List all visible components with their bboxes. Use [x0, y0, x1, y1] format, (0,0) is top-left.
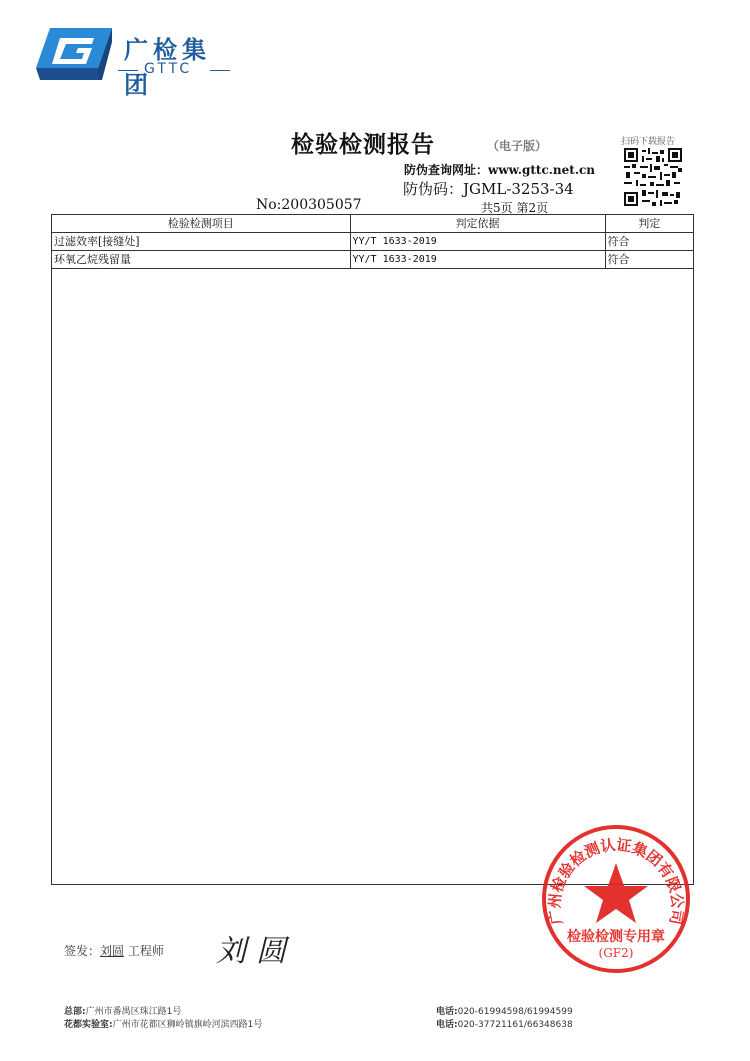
qr-label: 扫码下载报告	[621, 134, 675, 147]
column-header-item: 检验检测项目	[52, 215, 350, 233]
footer-lab: 花都实验室:广州市花都区狮岭镇旗岭河滨西路1号	[64, 1017, 262, 1030]
cell-basis: YY/T 1633-2019	[350, 251, 605, 269]
footer-hq: 总部:广州市番禺区珠江路1号	[64, 1004, 181, 1017]
signer-role: 工程师	[128, 944, 164, 958]
cell-result: 符合	[605, 233, 693, 251]
edition-label: （电子版）	[487, 137, 547, 154]
signoff: 签发：刘圆 工程师	[64, 942, 164, 959]
results-table: 检验检测项目 判定依据 判定 过滤效率[接缝处] YY/T 1633-2019 …	[51, 214, 694, 885]
footer-lab-tel: 电话:020-37721161/66348638	[436, 1017, 573, 1030]
gttc-logo-icon	[36, 28, 112, 80]
seal-code: (GF2)	[599, 946, 634, 960]
report-title: 检验检测报告	[291, 126, 435, 159]
report-number: No:200305057	[256, 197, 362, 213]
cell-result: 符合	[605, 251, 693, 269]
verify-url[interactable]: 防伪查询网址：www.gttc.net.cn	[404, 161, 595, 178]
cell-item: 过滤效率[接缝处]	[52, 233, 350, 251]
signoff-label: 签发：	[64, 944, 100, 958]
official-seal: 广州检验检测认证集团有限公司 检验检测专用章 (GF2)	[540, 823, 692, 975]
brand-name-en: GTTC	[118, 61, 230, 79]
table-row: 环氧乙烷残留量 YY/T 1633-2019 符合	[52, 251, 693, 269]
seal-purpose: 检验检测专用章	[567, 928, 665, 945]
table-header-row: 检验检测项目 判定依据 判定	[52, 215, 693, 233]
qr-code-icon[interactable]	[624, 148, 682, 206]
footer-hq-tel: 电话:020-61994598/61994599	[436, 1004, 573, 1017]
cell-item: 环氧乙烷残留量	[52, 251, 350, 269]
verify-code: 防伪码：JGML-3253-34	[403, 178, 574, 199]
cell-basis: YY/T 1633-2019	[350, 233, 605, 251]
column-header-basis: 判定依据	[350, 215, 605, 233]
signer-name: 刘圆	[100, 944, 124, 958]
table-row: 过滤效率[接缝处] YY/T 1633-2019 符合	[52, 233, 693, 251]
star-icon	[584, 863, 648, 923]
company-logo: 广检集团 GTTC	[36, 28, 236, 84]
column-header-result: 判定	[605, 215, 693, 233]
handwritten-signature: 刘圆	[216, 926, 296, 970]
